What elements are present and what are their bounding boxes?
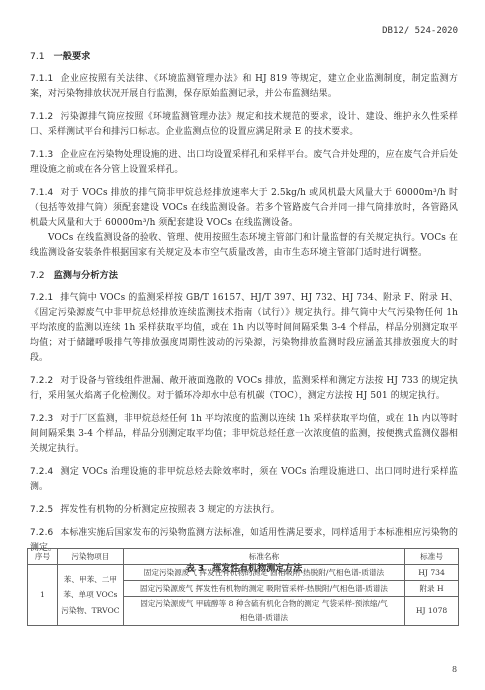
clause-text: 挥发性有机物的分析测定应按照表 3 规定的方法执行。 [60,505,279,515]
clause-text: 企业应按照有关法律、《环境监测管理办法》和 HJ 819 等规定，建立企业监测制… [30,74,458,99]
clause-7-2-5: 7.2.5挥发性有机物的分析测定应按照表 3 规定的方法执行。 [30,503,458,518]
clause-number: 7.2.4 [30,467,53,477]
clause-number: 7.2.6 [30,528,53,538]
document-body: 7.1一般要求 7.1.1企业应按照有关法律、《环境监测管理办法》和 HJ 81… [30,45,458,577]
clause-text: 企业应在污染物处理设施的进、出口均设置采样孔和采样平台。废气合并处理的，应在废气… [30,150,458,175]
clause-number: 7.2.1 [30,293,53,303]
clause-7-1-2: 7.1.2污染源排气筒应按照《环境监测管理办法》规定和技术规范的要求，设计、建设… [30,110,458,140]
clause-text: 对于厂区监测，非甲烷总烃任何 1h 平均浓度的监测以连续 1h 采样获取平均值，… [30,414,458,454]
cell-standard-code: 附录 H [405,581,459,597]
section-number: 7.2 [30,270,45,281]
section-heading-7-1: 7.1一般要求 [30,50,458,64]
clause-number: 7.1.2 [30,112,53,122]
cell-standard-name: 固定污染源废气 挥发性有机物的测定 固相吸附-热脱附/气相色谱-质谱法 [123,565,404,581]
clause-number: 7.1.1 [30,74,53,84]
clause-number: 7.1.4 [30,188,53,198]
clause-7-2-2: 7.2.2对于设备与管线组件泄漏、敞开液面逸散的 VOCs 排放，监测采样和测定… [30,374,458,404]
header-seq: 序号 [28,549,58,565]
clause-text: 污染源排气筒应按照《环境监测管理办法》规定和技术规范的要求，设计、建设、维护永久… [30,112,458,137]
clause-7-1-4: 7.1.4对于 VOCs 排放的排气筒非甲烷总烃排放速率大于 2.5kg/h 或… [30,186,458,231]
document-code: DB12/ 524-2020 [382,26,458,36]
clause-number: 7.2.3 [30,414,53,424]
header-standard-code: 标准号 [405,549,459,565]
cell-seq: 1 [28,565,58,626]
header-standard-name: 标准名称 [123,549,404,565]
header-pollutant: 污染物项目 [57,549,123,565]
cell-standard-code: HJ 734 [405,565,459,581]
clause-7-2-4: 7.2.4测定 VOCs 治理设施的非甲烷总烃去除效率时，须在 VOCs 治理设… [30,465,458,495]
clause-text: 对于设备与管线组件泄漏、敞开液面逸散的 VOCs 排放，监测采样和测定方法按 H… [30,376,458,401]
clause-7-1-3: 7.1.3企业应在污染物处理设施的进、出口均设置采样孔和采样平台。废气合并处理的… [30,148,458,178]
table-header-row: 序号 污染物项目 标准名称 标准号 [28,549,459,565]
clause-number: 7.2.5 [30,505,53,515]
section-title: 一般要求 [54,51,91,62]
clause-number: 7.1.3 [30,150,53,160]
section-number: 7.1 [30,51,45,62]
clause-text: 测定 VOCs 治理设施的非甲烷总烃去除效率时，须在 VOCs 治理设施进口、出… [30,467,458,492]
cell-pollutant: 苯、甲苯、二甲苯、单项 VOCs 污染物、TRVOC [57,565,123,626]
clause-number: 7.2.2 [30,376,53,386]
cell-standard-name: 固定污染源废气 甲硫醇等 8 种含硫有机化合物的测定 气袋采样-预浓缩/气相色谱… [123,597,404,626]
clause-7-1-4-continued: VOCs 在线监测设备的验收、管理、使用按照生态环境主管部门和计量监督的有关规定… [30,231,458,261]
clause-7-2-1: 7.2.1排气筒中 VOCs 的监测采样按 GB/T 16157、HJ/T 39… [30,291,458,366]
table-row: 1 苯、甲苯、二甲苯、单项 VOCs 污染物、TRVOC 固定污染源废气 挥发性… [28,565,459,581]
cell-standard-code: HJ 1078 [405,597,459,626]
section-heading-7-2: 7.2监测与分析方法 [30,269,458,283]
page-number: 8 [452,665,457,674]
clause-7-1-1: 7.1.1企业应按照有关法律、《环境监测管理办法》和 HJ 819 等规定，建立… [30,72,458,102]
clause-text: 对于 VOCs 排放的排气筒非甲烷总烃排放速率大于 2.5kg/h 或风机最大风… [30,188,458,228]
cell-standard-name: 固定污染源废气 挥发性有机物的测定 吸附管采样-热脱附/气相色谱-质谱法 [123,581,404,597]
clause-text: 排气筒中 VOCs 的监测采样按 GB/T 16157、HJ/T 397、HJ … [30,293,458,363]
section-title: 监测与分析方法 [54,270,118,281]
clause-7-2-3: 7.2.3对于厂区监测，非甲烷总烃任何 1h 平均浓度的监测以连续 1h 采样获… [30,412,458,457]
methods-table: 序号 污染物项目 标准名称 标准号 1 苯、甲苯、二甲苯、单项 VOCs 污染物… [27,548,459,626]
